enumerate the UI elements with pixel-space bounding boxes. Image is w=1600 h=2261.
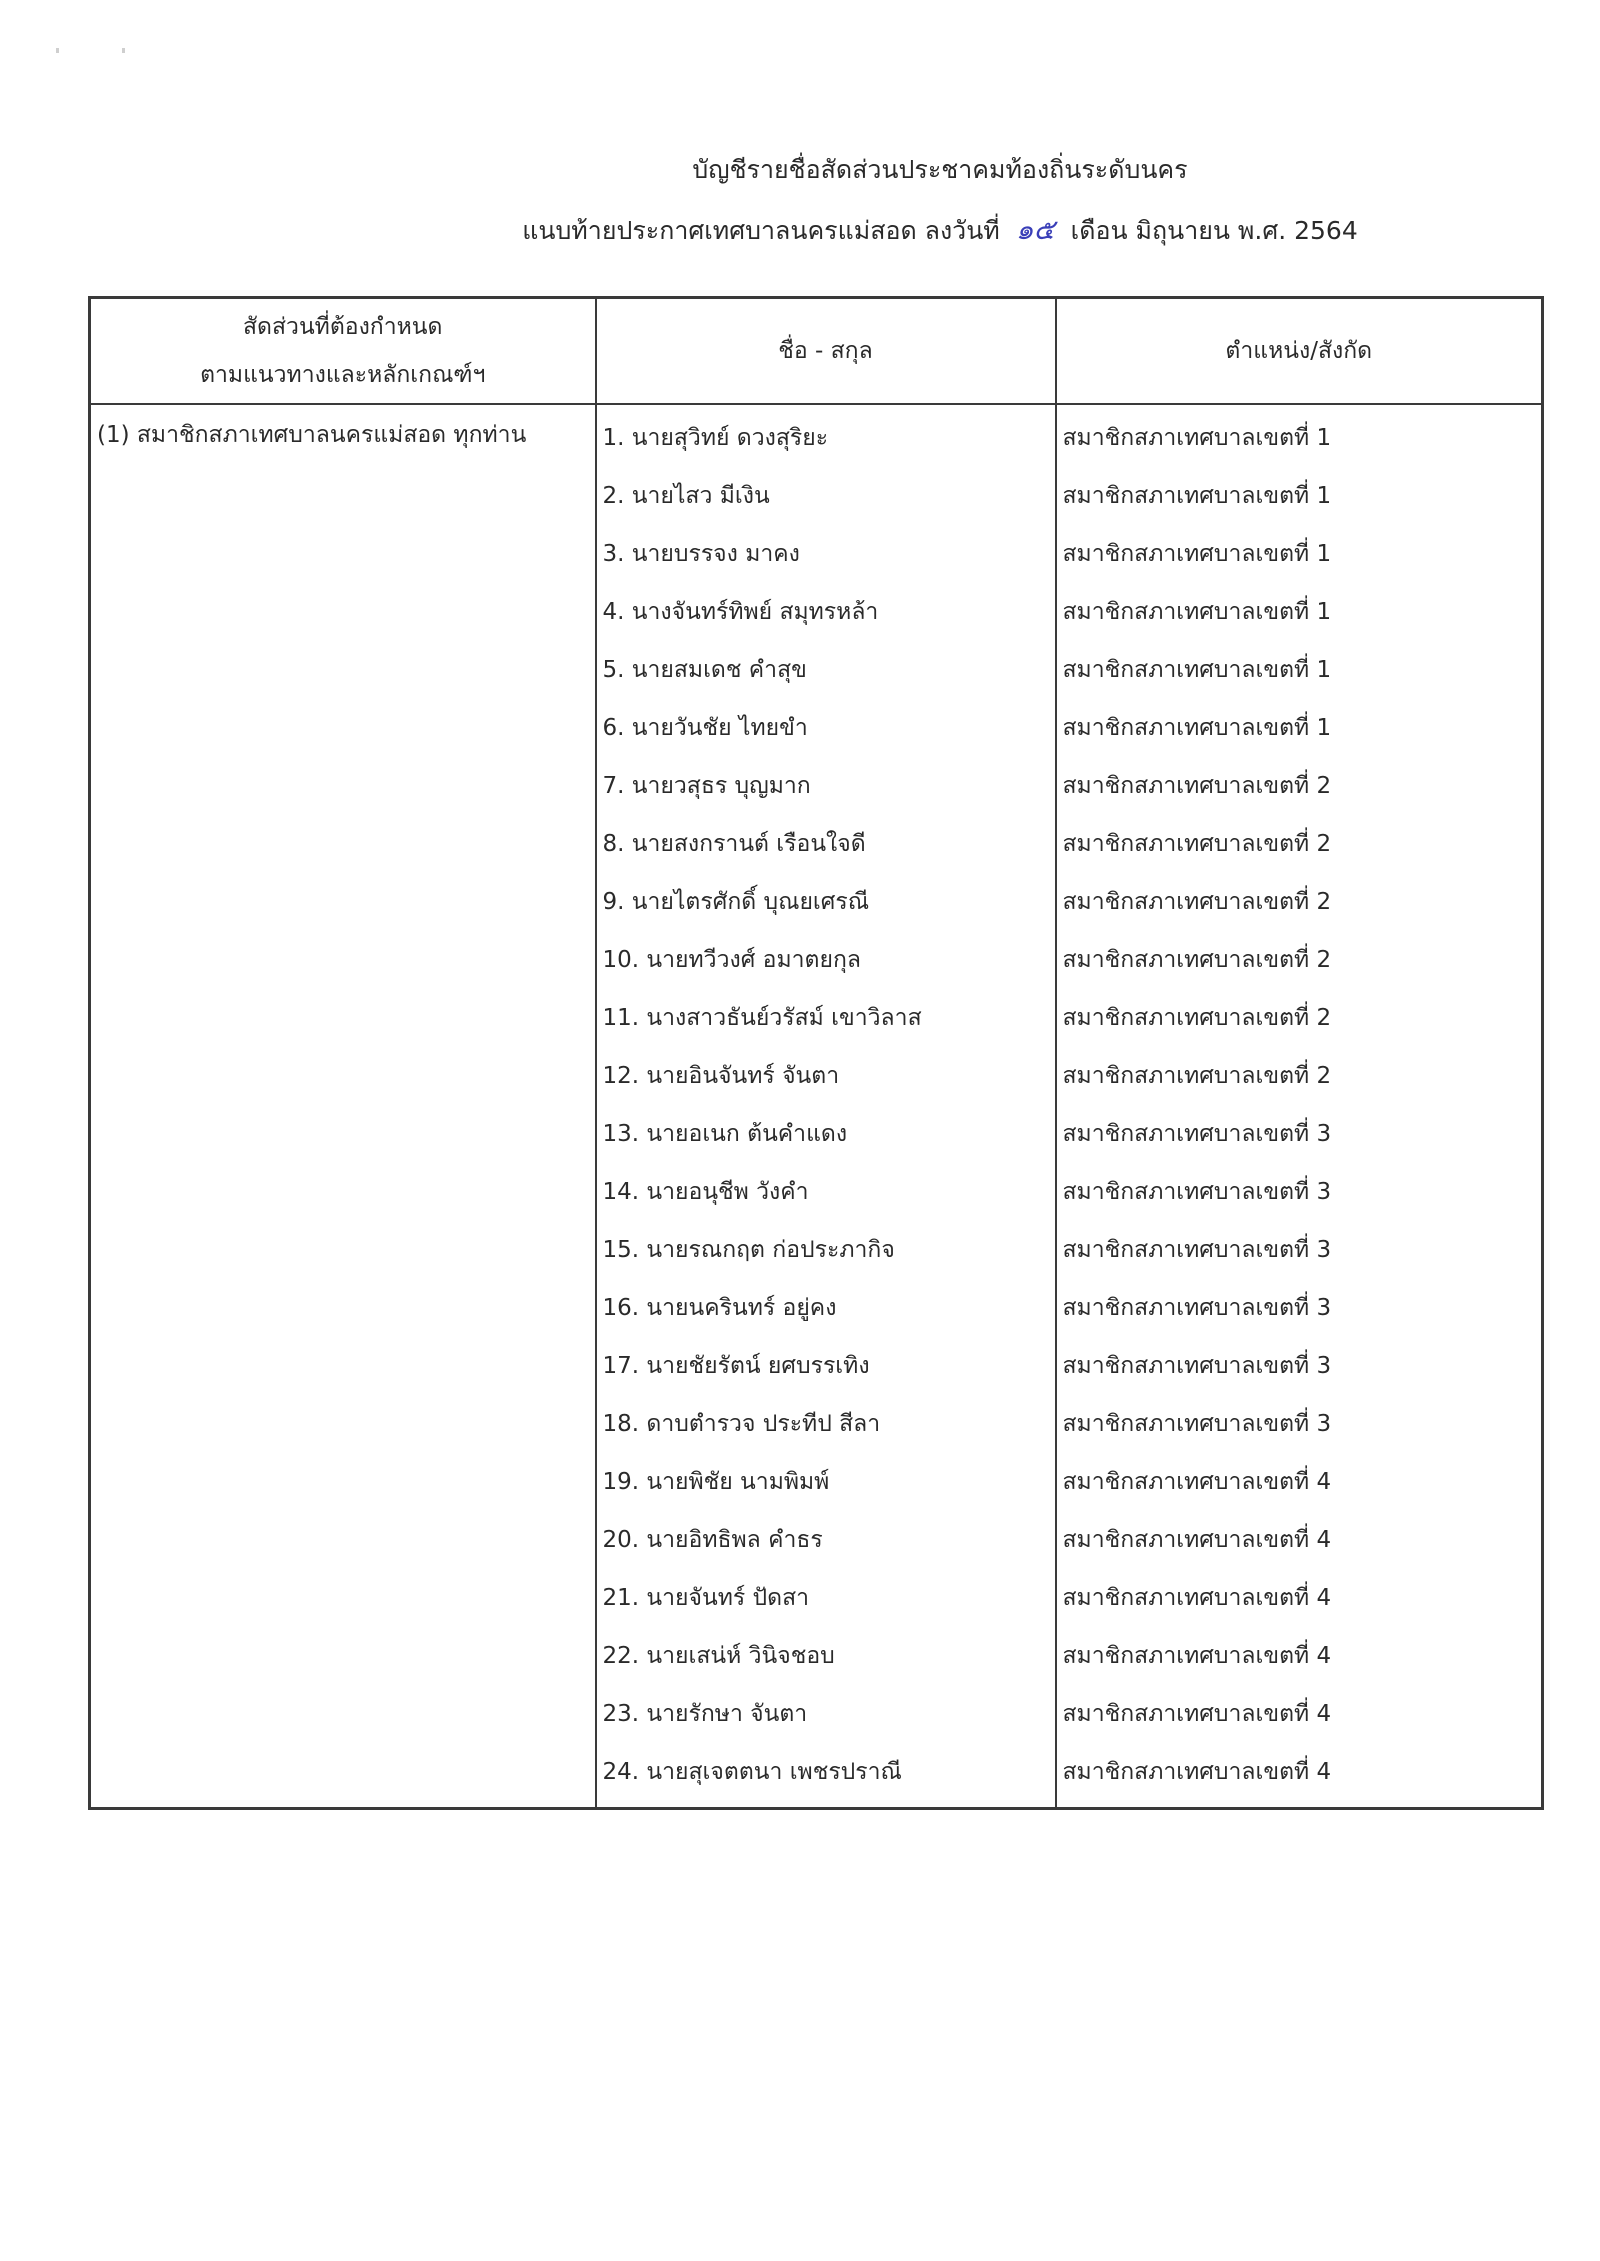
- member-name: 9. นายไตรศักดิ์ บุณยเศรณี: [596, 873, 1056, 931]
- header-category-line2: ตามแนวทางและหลักเกณฑ์ฯ: [91, 351, 595, 399]
- member-name: 5. นายสมเดช คำสุข: [596, 641, 1056, 699]
- member-position: สมาชิกสภาเทศบาลเขตที่ 3: [1056, 1221, 1543, 1279]
- document-subtitle: แนบท้ายประกาศเทศบาลนครแม่สอด ลงวันที่ ๑๕…: [140, 208, 1600, 252]
- member-position: สมาชิกสภาเทศบาลเขตที่ 3: [1056, 1105, 1543, 1163]
- table-body: (1) สมาชิกสภาเทศบาลนครแม่สอด ทุกท่าน1. น…: [90, 404, 1543, 1809]
- member-position: สมาชิกสภาเทศบาลเขตที่ 2: [1056, 931, 1543, 989]
- member-name: 6. นายวันชัย ไทยขำ: [596, 699, 1056, 757]
- member-name: 16. นายนครินทร์ อยู่คง: [596, 1279, 1056, 1337]
- member-name: 20. นายอิทธิพล คำธร: [596, 1511, 1056, 1569]
- member-position: สมาชิกสภาเทศบาลเขตที่ 3: [1056, 1395, 1543, 1453]
- subtitle-suffix: เดือน มิถุนายน พ.ศ. 2564: [1071, 216, 1358, 245]
- member-position: สมาชิกสภาเทศบาลเขตที่ 2: [1056, 757, 1543, 815]
- subtitle-prefix: แนบท้ายประกาศเทศบาลนครแม่สอด ลงวันที่: [522, 216, 1000, 245]
- member-position: สมาชิกสภาเทศบาลเขตที่ 3: [1056, 1163, 1543, 1221]
- member-name: 3. นายบรรจง มาคง: [596, 525, 1056, 583]
- member-position: สมาชิกสภาเทศบาลเขตที่ 1: [1056, 699, 1543, 757]
- scan-artifact: [56, 48, 59, 53]
- member-position: สมาชิกสภาเทศบาลเขตที่ 4: [1056, 1453, 1543, 1511]
- header-category: สัดส่วนที่ต้องกำหนด ตามแนวทางและหลักเกณฑ…: [90, 298, 596, 405]
- member-position: สมาชิกสภาเทศบาลเขตที่ 4: [1056, 1627, 1543, 1685]
- member-position: สมาชิกสภาเทศบาลเขตที่ 1: [1056, 467, 1543, 525]
- member-position: สมาชิกสภาเทศบาลเขตที่ 1: [1056, 525, 1543, 583]
- member-position: สมาชิกสภาเทศบาลเขตที่ 2: [1056, 1047, 1543, 1105]
- member-position: สมาชิกสภาเทศบาลเขตที่ 3: [1056, 1279, 1543, 1337]
- member-name: 11. นางสาวธันย์วรัสม์ เขาวิลาส: [596, 989, 1056, 1047]
- member-name: 21. นายจันทร์ ปัดสา: [596, 1569, 1056, 1627]
- member-name: 8. นายสงกรานต์ เรือนใจดี: [596, 815, 1056, 873]
- member-name: 22. นายเสน่ห์ วินิจชอบ: [596, 1627, 1056, 1685]
- member-name: 23. นายรักษา จันตา: [596, 1685, 1056, 1743]
- member-name: 15. นายรณกฤต ก่อประภากิจ: [596, 1221, 1056, 1279]
- table-row: (1) สมาชิกสภาเทศบาลนครแม่สอด ทุกท่าน1. น…: [90, 404, 1543, 467]
- category-cell: (1) สมาชิกสภาเทศบาลนครแม่สอด ทุกท่าน: [90, 404, 596, 1809]
- member-name: 2. นายไสว มีเงิน: [596, 467, 1056, 525]
- header-category-line1: สัดส่วนที่ต้องกำหนด: [91, 303, 595, 351]
- member-position: สมาชิกสภาเทศบาลเขตที่ 4: [1056, 1569, 1543, 1627]
- member-position: สมาชิกสภาเทศบาลเขตที่ 1: [1056, 583, 1543, 641]
- member-name: 19. นายพิชัย นามพิมพ์: [596, 1453, 1056, 1511]
- member-position: สมาชิกสภาเทศบาลเขตที่ 3: [1056, 1337, 1543, 1395]
- member-name: 18. ดาบตำรวจ ประทีป สีลา: [596, 1395, 1056, 1453]
- table-header-row: สัดส่วนที่ต้องกำหนด ตามแนวทางและหลักเกณฑ…: [90, 298, 1543, 405]
- member-name: 12. นายอินจันทร์ จันตา: [596, 1047, 1056, 1105]
- member-name: 17. นายชัยรัตน์ ยศบรรเทิง: [596, 1337, 1056, 1395]
- handwritten-day: ๑๕: [1008, 213, 1063, 246]
- header-position: ตำแหน่ง/สังกัด: [1056, 298, 1543, 405]
- member-roster-table: สัดส่วนที่ต้องกำหนด ตามแนวทางและหลักเกณฑ…: [88, 296, 1544, 1810]
- member-name: 24. นายสุเจตตนา เพชรปราณี: [596, 1743, 1056, 1809]
- document-title: บัญชีรายชื่อสัดส่วนประชาคมท้องถิ่นระดับน…: [140, 150, 1600, 190]
- member-name: 4. นางจันทร์ทิพย์ สมุทรหล้า: [596, 583, 1056, 641]
- member-position: สมาชิกสภาเทศบาลเขตที่ 4: [1056, 1511, 1543, 1569]
- member-position: สมาชิกสภาเทศบาลเขตที่ 1: [1056, 404, 1543, 467]
- member-position: สมาชิกสภาเทศบาลเขตที่ 4: [1056, 1743, 1543, 1809]
- member-position: สมาชิกสภาเทศบาลเขตที่ 2: [1056, 815, 1543, 873]
- member-position: สมาชิกสภาเทศบาลเขตที่ 4: [1056, 1685, 1543, 1743]
- member-position: สมาชิกสภาเทศบาลเขตที่ 2: [1056, 873, 1543, 931]
- member-position: สมาชิกสภาเทศบาลเขตที่ 1: [1056, 641, 1543, 699]
- header-name: ชื่อ - สกุล: [596, 298, 1056, 405]
- member-name: 13. นายอเนก ต้นคำแดง: [596, 1105, 1056, 1163]
- member-name: 10. นายทวีวงศ์ อมาตยกุล: [596, 931, 1056, 989]
- scan-artifact: [122, 48, 125, 53]
- member-name: 1. นายสุวิทย์ ดวงสุริยะ: [596, 404, 1056, 467]
- member-name: 7. นายวสุธร บุญมาก: [596, 757, 1056, 815]
- member-position: สมาชิกสภาเทศบาลเขตที่ 2: [1056, 989, 1543, 1047]
- member-name: 14. นายอนุชีพ วังคำ: [596, 1163, 1056, 1221]
